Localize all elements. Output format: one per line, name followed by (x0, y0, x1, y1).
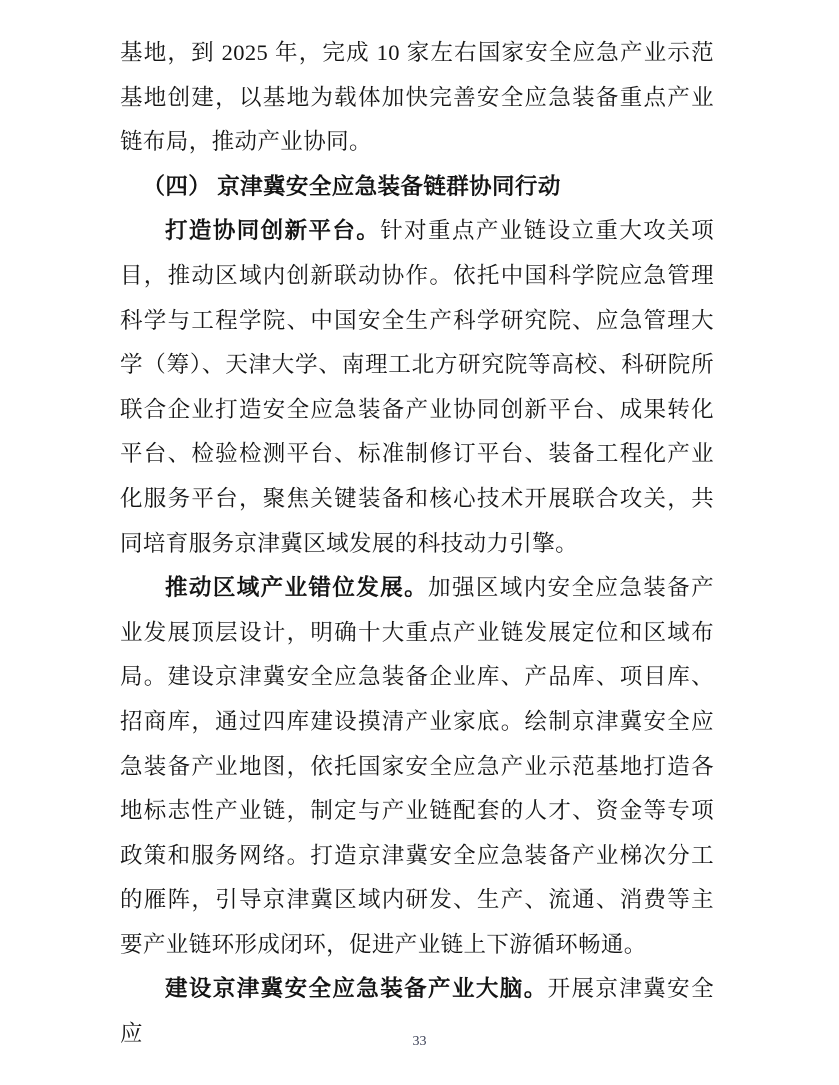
section-heading: （四） 京津冀安全应急装备链群协同行动 (120, 165, 714, 210)
paragraph: 打造协同创新平台。针对重点产业链设立重大攻关项目，推动区域内创新联动协作。依托中… (120, 209, 714, 566)
document-body: 基地，到 2025 年，完成 10 家左右国家安全应急产业示范基地创建，以基地为… (120, 31, 714, 1057)
paragraph-text: 针对重点产业链设立重大攻关项目，推动区域内创新联动协作。依托中国科学院应急管理科… (120, 218, 714, 555)
paragraph-lead: 打造协同创新平台。 (165, 218, 380, 243)
paragraph: 推动区域产业错位发展。加强区域内安全应急装备产业发展顶层设计，明确十大重点产业链… (120, 566, 714, 967)
paragraph-text: 基地，到 2025 年，完成 10 家左右国家安全应急产业示范基地创建，以基地为… (120, 40, 714, 154)
paragraph-lead: 推动区域产业错位发展。 (165, 575, 428, 600)
page-number: 33 (413, 1034, 427, 1049)
section-heading-text: （四） 京津冀安全应急装备链群协同行动 (143, 174, 561, 199)
document-page: 基地，到 2025 年，完成 10 家左右国家安全应急产业示范基地创建，以基地为… (0, 0, 839, 1085)
page-footer: 33 (0, 1032, 839, 1050)
paragraph-text: 加强区域内安全应急装备产业发展顶层设计，明确十大重点产业链发展定位和区域布局。建… (120, 575, 714, 957)
paragraph-continued: 基地，到 2025 年，完成 10 家左右国家安全应急产业示范基地创建，以基地为… (120, 31, 714, 165)
paragraph-lead: 建设京津冀安全应急装备产业大脑。 (165, 976, 548, 1001)
